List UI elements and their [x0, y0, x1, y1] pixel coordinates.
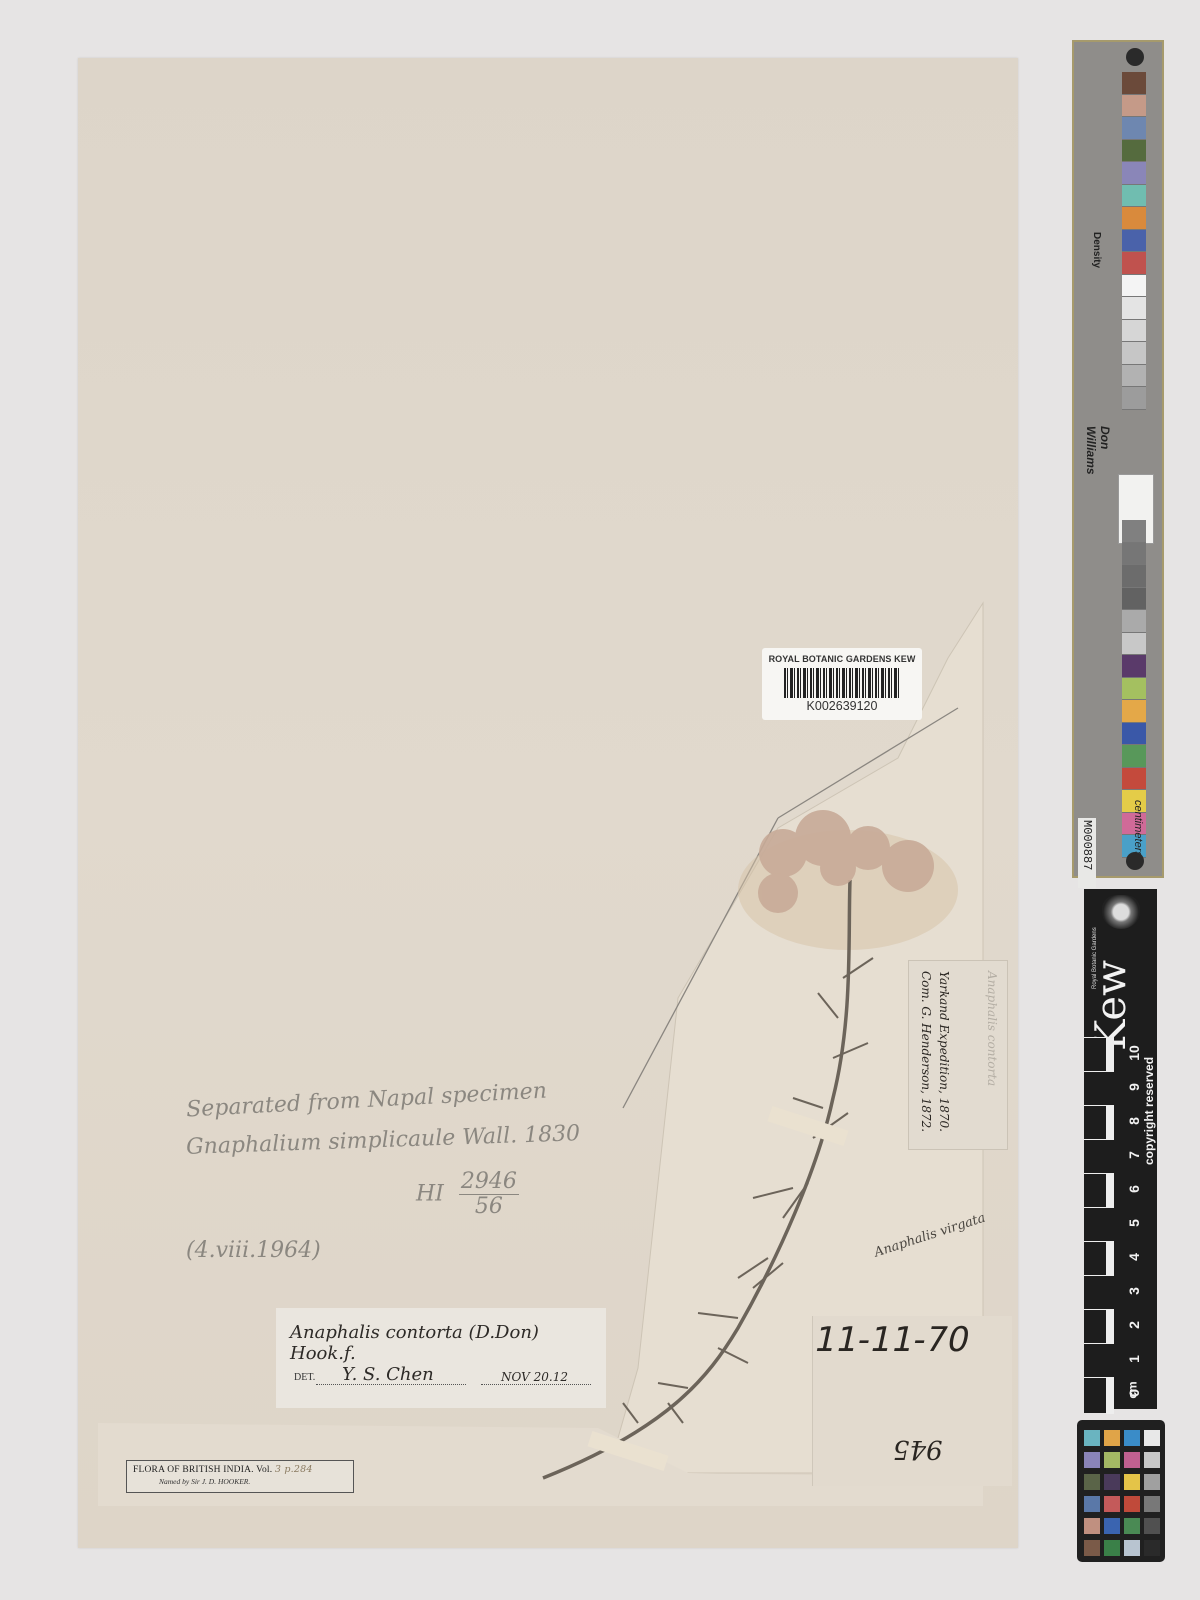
institution-name: ROYAL BOTANIC GARDENS KEW — [762, 654, 922, 664]
collection-note-line1: Yarkand Expedition, 1870. — [937, 971, 951, 1132]
strip-code: M000887 — [1078, 818, 1096, 888]
strip-cm-label: centimeters — [1132, 800, 1144, 857]
checker-cell — [1104, 1496, 1120, 1512]
scale-tick-fill — [1106, 1174, 1114, 1210]
color-swatch — [1122, 207, 1146, 230]
scale-tick — [1084, 1309, 1114, 1345]
kew-copyright: copyright reserved — [1142, 1057, 1156, 1165]
checker-cell — [1084, 1474, 1100, 1490]
scale-number: 3 — [1126, 1281, 1142, 1301]
checker-cell — [1124, 1496, 1140, 1512]
strip-swatches-top — [1122, 72, 1146, 410]
determiner: Y. S. Chen — [342, 1364, 434, 1385]
checker-cell — [1124, 1452, 1140, 1468]
kew-scale-bar: Royal Botanic Gardens Kew copyright rese… — [1084, 889, 1157, 1409]
scale-tick-fill — [1106, 1140, 1114, 1176]
color-swatch — [1122, 565, 1146, 588]
hi-denominator: 56 — [475, 1194, 503, 1219]
barcode — [784, 668, 900, 698]
checker-cell — [1144, 1430, 1160, 1446]
scale-number: 4 — [1126, 1247, 1142, 1267]
checker-cell — [1144, 1496, 1160, 1512]
scale-tick — [1084, 1207, 1114, 1243]
scale-number: 2 — [1126, 1315, 1142, 1335]
checker-cell — [1104, 1430, 1120, 1446]
color-swatch — [1122, 768, 1146, 791]
color-swatch — [1122, 252, 1146, 275]
date-note-date: 11-11-70 — [811, 1320, 974, 1360]
color-swatch — [1122, 162, 1146, 185]
checker-cell — [1084, 1496, 1100, 1512]
barcode-label: ROYAL BOTANIC GARDENS KEW K002639120 — [762, 648, 922, 720]
scale-tick — [1084, 1241, 1114, 1277]
herbarium-sheet: ROYAL BOTANIC GARDENS KEW K002639120 Sep… — [78, 58, 1018, 1548]
scale-tick-fill — [1106, 1344, 1114, 1380]
scale-tick — [1084, 1071, 1114, 1107]
scale-tick-fill — [1106, 1276, 1114, 1312]
scale-tick — [1084, 1275, 1114, 1311]
collection-note-line2: Com. G. Henderson, 1872. — [919, 971, 933, 1132]
scale-number: 0 — [1126, 1383, 1142, 1403]
color-checker — [1077, 1420, 1165, 1562]
strip-brand: Don Williams — [1084, 426, 1112, 476]
color-swatch — [1122, 543, 1146, 566]
color-swatch — [1122, 342, 1146, 365]
checker-cell — [1124, 1474, 1140, 1490]
checker-cell — [1084, 1518, 1100, 1534]
checker-cell — [1084, 1540, 1100, 1556]
strip-density-label: Density — [1091, 232, 1102, 268]
hi-fraction: 2946 56 — [459, 1170, 519, 1219]
strip-code-text: M000887 — [1080, 820, 1094, 870]
color-swatch — [1122, 610, 1146, 633]
scale-number: 9 — [1126, 1077, 1142, 1097]
checker-cell — [1124, 1430, 1140, 1446]
color-swatch — [1122, 365, 1146, 388]
determination-date: NOV 20.12 — [501, 1370, 568, 1384]
flora-named-by: Named by Sir J. D. HOOKER. — [133, 1477, 347, 1486]
scale-tick-fill — [1106, 1310, 1114, 1346]
date-line — [481, 1384, 591, 1385]
collection-note: Yarkand Expedition, 1870. Com. G. Hender… — [908, 960, 1008, 1150]
color-swatch — [1122, 140, 1146, 163]
barcode-number: K002639120 — [762, 699, 922, 713]
checker-cell — [1144, 1518, 1160, 1534]
color-swatch — [1122, 320, 1146, 343]
color-swatch — [1122, 275, 1146, 298]
scale-number: 1 — [1126, 1349, 1142, 1369]
color-swatch — [1122, 588, 1146, 611]
det-prefix: DET. — [294, 1372, 315, 1383]
collection-note-faint: Anaphalis contorta — [985, 971, 999, 1086]
scale-tick-fill — [1106, 1072, 1114, 1108]
determination-label: Anaphalis contorta (D.Don) Hook.f. DET. … — [276, 1308, 606, 1408]
scale-tick — [1084, 1037, 1114, 1073]
scale-tick — [1084, 1105, 1114, 1141]
checker-cell — [1104, 1452, 1120, 1468]
color-swatch — [1122, 723, 1146, 746]
strip-hole-top — [1126, 48, 1144, 66]
color-swatch — [1122, 297, 1146, 320]
color-swatch — [1122, 745, 1146, 768]
scale-number: 10 — [1126, 1043, 1142, 1063]
flora-volume-page: 3 p.284 — [275, 1464, 313, 1475]
checker-cell — [1144, 1452, 1160, 1468]
color-swatch — [1122, 678, 1146, 701]
flora-title: FLORA OF BRITISH INDIA. Vol. 3 p.284 — [133, 1464, 347, 1475]
flora-title-text: FLORA OF BRITISH INDIA. Vol. — [133, 1465, 272, 1475]
color-calibration-strip: inches Density Don Williams M000887 cent… — [1072, 40, 1164, 878]
scale-number: 5 — [1126, 1213, 1142, 1233]
scale-tick — [1084, 1173, 1114, 1209]
color-swatch — [1122, 655, 1146, 678]
checker-cell — [1124, 1540, 1140, 1556]
kew-scale-ticks — [1084, 1037, 1114, 1399]
scale-tick-fill — [1106, 1038, 1114, 1074]
hi-numerator: 2946 — [459, 1170, 519, 1195]
color-swatch — [1122, 95, 1146, 118]
scale-tick-fill — [1106, 1242, 1114, 1278]
date-note-number: 945 — [893, 1434, 943, 1464]
color-swatch — [1122, 520, 1146, 543]
checker-cell — [1104, 1518, 1120, 1534]
scale-tick-fill — [1106, 1378, 1114, 1414]
pencil-date: (4.viii.1964) — [186, 1238, 321, 1263]
color-swatch — [1122, 185, 1146, 208]
checker-cell — [1084, 1430, 1100, 1446]
checker-cell — [1144, 1474, 1160, 1490]
scale-tick — [1084, 1343, 1114, 1379]
checker-cell — [1104, 1474, 1120, 1490]
scale-tick-fill — [1106, 1208, 1114, 1244]
checker-cell — [1124, 1518, 1140, 1534]
color-swatch — [1122, 700, 1146, 723]
scale-tick — [1084, 1377, 1114, 1413]
strip-hole-bottom — [1126, 852, 1144, 870]
color-swatch — [1122, 117, 1146, 140]
color-swatch — [1122, 387, 1146, 410]
color-swatch — [1122, 230, 1146, 253]
scale-tick — [1084, 1139, 1114, 1175]
scale-number: 6 — [1126, 1179, 1142, 1199]
checker-cell — [1104, 1540, 1120, 1556]
kew-crest-icon — [1102, 895, 1140, 929]
scale-tick-fill — [1106, 1106, 1114, 1142]
date-note: 11-11-70 945 — [812, 1316, 1012, 1486]
hi-prefix: HI — [416, 1182, 444, 1207]
color-swatch — [1122, 633, 1146, 656]
checker-cell — [1144, 1540, 1160, 1556]
scale-number: 7 — [1126, 1145, 1142, 1165]
color-swatch — [1122, 72, 1146, 95]
checker-cell — [1084, 1452, 1100, 1468]
taxon-name: Anaphalis contorta (D.Don) Hook.f. — [290, 1322, 606, 1364]
flora-british-india-label: FLORA OF BRITISH INDIA. Vol. 3 p.284 Nam… — [126, 1460, 354, 1493]
pencil-hi-number: HI 2946 56 — [416, 1170, 519, 1219]
scale-number: 8 — [1126, 1111, 1142, 1131]
